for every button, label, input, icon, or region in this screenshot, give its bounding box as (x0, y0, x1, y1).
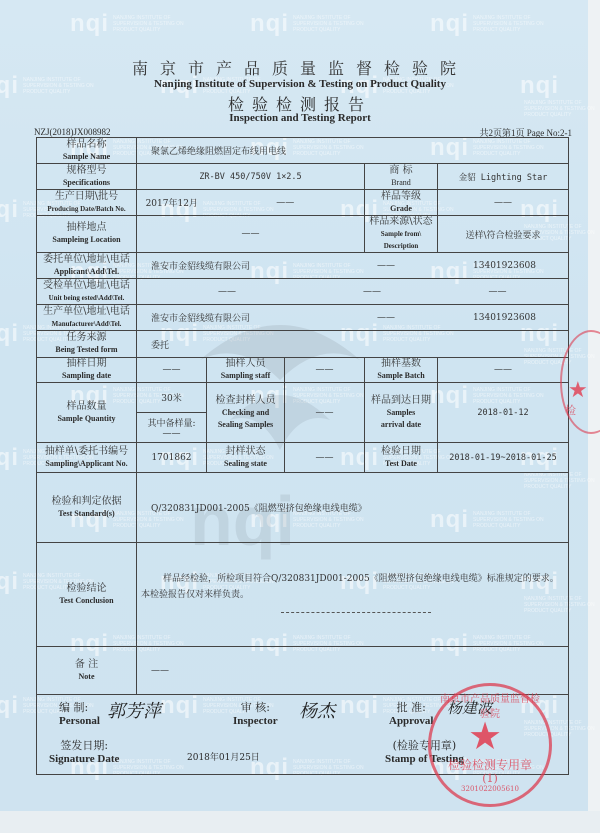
sampling-date-label: 抽样日期Sampling date (37, 358, 137, 383)
official-seal: 南京市产品质量监督检验院 ★ 检验检测专用章 (1) 3201022005610 (428, 683, 552, 807)
unit-tested-label: 受检单位\地址\电话Unit being ested\Add\Tel. (37, 279, 137, 305)
manufacturer-address: —— (331, 313, 441, 323)
sample-quantity-label: 样品数量Sample Quantity (37, 383, 137, 443)
producing-date-value: 2017年12月 (137, 190, 207, 216)
brand-value: 金貂 Lighting Star (438, 164, 569, 190)
report-form-table: 样品名称Sample Name 聚氯乙烯绝缘阻燃固定布线用电线 规格型号Spec… (36, 137, 569, 775)
signature-date-label-en: Signature Date (49, 753, 119, 765)
producing-date-label: 生产日期\批号Producing Date/Batch No. (37, 190, 137, 216)
applicant-label: 委托单位\地址\电话Applicant\Add\Tel. (37, 253, 137, 279)
signature-date-block: 签发日期: Signature Date (49, 737, 119, 765)
applicant-tel: 13401923608 (441, 261, 568, 271)
unit-tested-tel: —— (427, 287, 568, 297)
sampling-location-label: 抽样地点Sampleing Location (37, 216, 137, 253)
inspector-label-cn: 审 核: (233, 699, 278, 715)
specifications-value: ZR-BV 450/750V 1×2.5 (137, 164, 365, 190)
paper-bottom-edge (0, 811, 600, 833)
seal-star-icon: ★ (468, 714, 502, 758)
applicant-no-label: 抽样单\委托书编号Sampling\Applicant No. (37, 443, 137, 473)
approval-label-en: Approval (389, 715, 433, 727)
reserve-quantity: 其中备样量:—— (137, 413, 207, 443)
test-date-value: 2018-01-19~2018-01-25 (438, 443, 569, 473)
personal-label-cn: 编 制: (59, 699, 100, 715)
report-number: NZJ(2018)JX008982 (34, 127, 111, 137)
test-standard-value: Q/320831JD001-2005《阻燃型挤包绝缘电线电缆》 (137, 473, 569, 543)
manufacturer-name: 淮安市金貂线缆有限公司 (137, 311, 331, 324)
sample-batch-value: —— (438, 358, 569, 383)
sampling-date-value: —— (137, 358, 207, 383)
conclusion-label: 检验结论Test Conclusion (37, 543, 137, 647)
task-source-value: 委托 (137, 331, 569, 358)
sealing-state-value: —— (285, 443, 365, 473)
sample-from-value: 送样\符合检验要求 (438, 216, 569, 253)
seal-code: 3201022005610 (431, 785, 549, 793)
batch-no-value: —— (207, 190, 365, 216)
signature-date-label-cn: 签发日期: (49, 737, 119, 753)
applicant-address: —— (331, 261, 441, 271)
applicant-name: 淮安市金貂线缆有限公司 (137, 259, 331, 272)
sample-from-label: 样品来源\状态Sample from\ Description (365, 216, 438, 253)
sample-name-value: 聚氯乙烯绝缘阻燃固定布线用电线 (137, 138, 569, 164)
report-title-en: Inspection and Testing Report (0, 112, 600, 124)
seal-number: (1) (431, 772, 549, 785)
test-date-label: 检验日期Test Date (365, 443, 438, 473)
grade-label: 样品等级Grade (365, 190, 438, 216)
seam-seal-text: 检 (565, 402, 576, 418)
approval-signature-block: 批 准: Approval (389, 699, 433, 727)
conclusion-underline (281, 612, 431, 613)
sealing-staff-value: —— (285, 383, 365, 443)
conclusion-value: 样品经检验，所检项目符合Q/320831JD001-2005《阻燃型挤包绝缘电线… (141, 571, 564, 603)
unit-tested-address: —— (317, 287, 427, 297)
inspector-signature-block: 审 核: Inspector (233, 699, 278, 727)
sample-batch-label: 抽样基数Sample Batch (365, 358, 438, 383)
manufacturer-tel: 13401923608 (441, 313, 568, 323)
grade-value: —— (438, 190, 569, 216)
personal-signature-block: 编 制: Personal (59, 699, 100, 727)
sealing-staff-label: 检查封样人员Checking andSealing Samples (207, 383, 285, 443)
seal-center-text: 检验检测专用章 (431, 756, 549, 773)
brand-label: 商 标Brand (365, 164, 438, 190)
task-source-label: 任务来源Being Tested form (37, 331, 137, 358)
personal-signature: 郭芳萍 (107, 697, 161, 723)
specifications-label: 规格型号Specifications (37, 164, 137, 190)
personal-label-en: Personal (59, 715, 100, 727)
signature-date-value: 2018年01月25日 (187, 750, 260, 763)
test-standard-label: 检验和判定依据Test Standard(s) (37, 473, 137, 543)
approval-label-cn: 批 准: (389, 699, 433, 715)
sampling-staff-value: —— (285, 358, 365, 383)
sampling-staff-label: 抽样人员Sampling staff (207, 358, 285, 383)
manufacturer-label: 生产单位\地址\电话Manufacturer\Add\Tel. (37, 305, 137, 331)
seam-seal-star-icon: ★ (568, 378, 588, 403)
sample-name-label: 样品名称Sample Name (37, 138, 137, 164)
sealing-state-label: 封样状态Sealing state (207, 443, 285, 473)
arrival-date-value: 2018-01-12 (438, 383, 569, 443)
nqi-watermark: nqiNANJING INSTITUTE OF SUPERVISION & TE… (250, 10, 383, 38)
sampling-location-value: —— (137, 216, 365, 253)
inspector-signature: 杨杰 (299, 697, 335, 723)
nqi-watermark: nqiNANJING INSTITUTE OF SUPERVISION & TE… (430, 10, 563, 38)
unit-tested-name: —— (137, 287, 317, 297)
applicant-no-value: 1701862 (137, 443, 207, 473)
institute-name-en: Nanjing Institute of Supervision & Testi… (0, 78, 600, 90)
sample-quantity-value: 30米 (137, 383, 207, 413)
note-label: 备 注Note (37, 647, 137, 695)
arrival-date-label: 样品到达日期Samplesarrival date (365, 383, 438, 443)
inspector-label-en: Inspector (233, 715, 278, 727)
institute-name-cn: 南京市产品质量监督检验院 (0, 56, 600, 79)
nqi-watermark: nqiNANJING INSTITUTE OF SUPERVISION & TE… (70, 10, 203, 38)
